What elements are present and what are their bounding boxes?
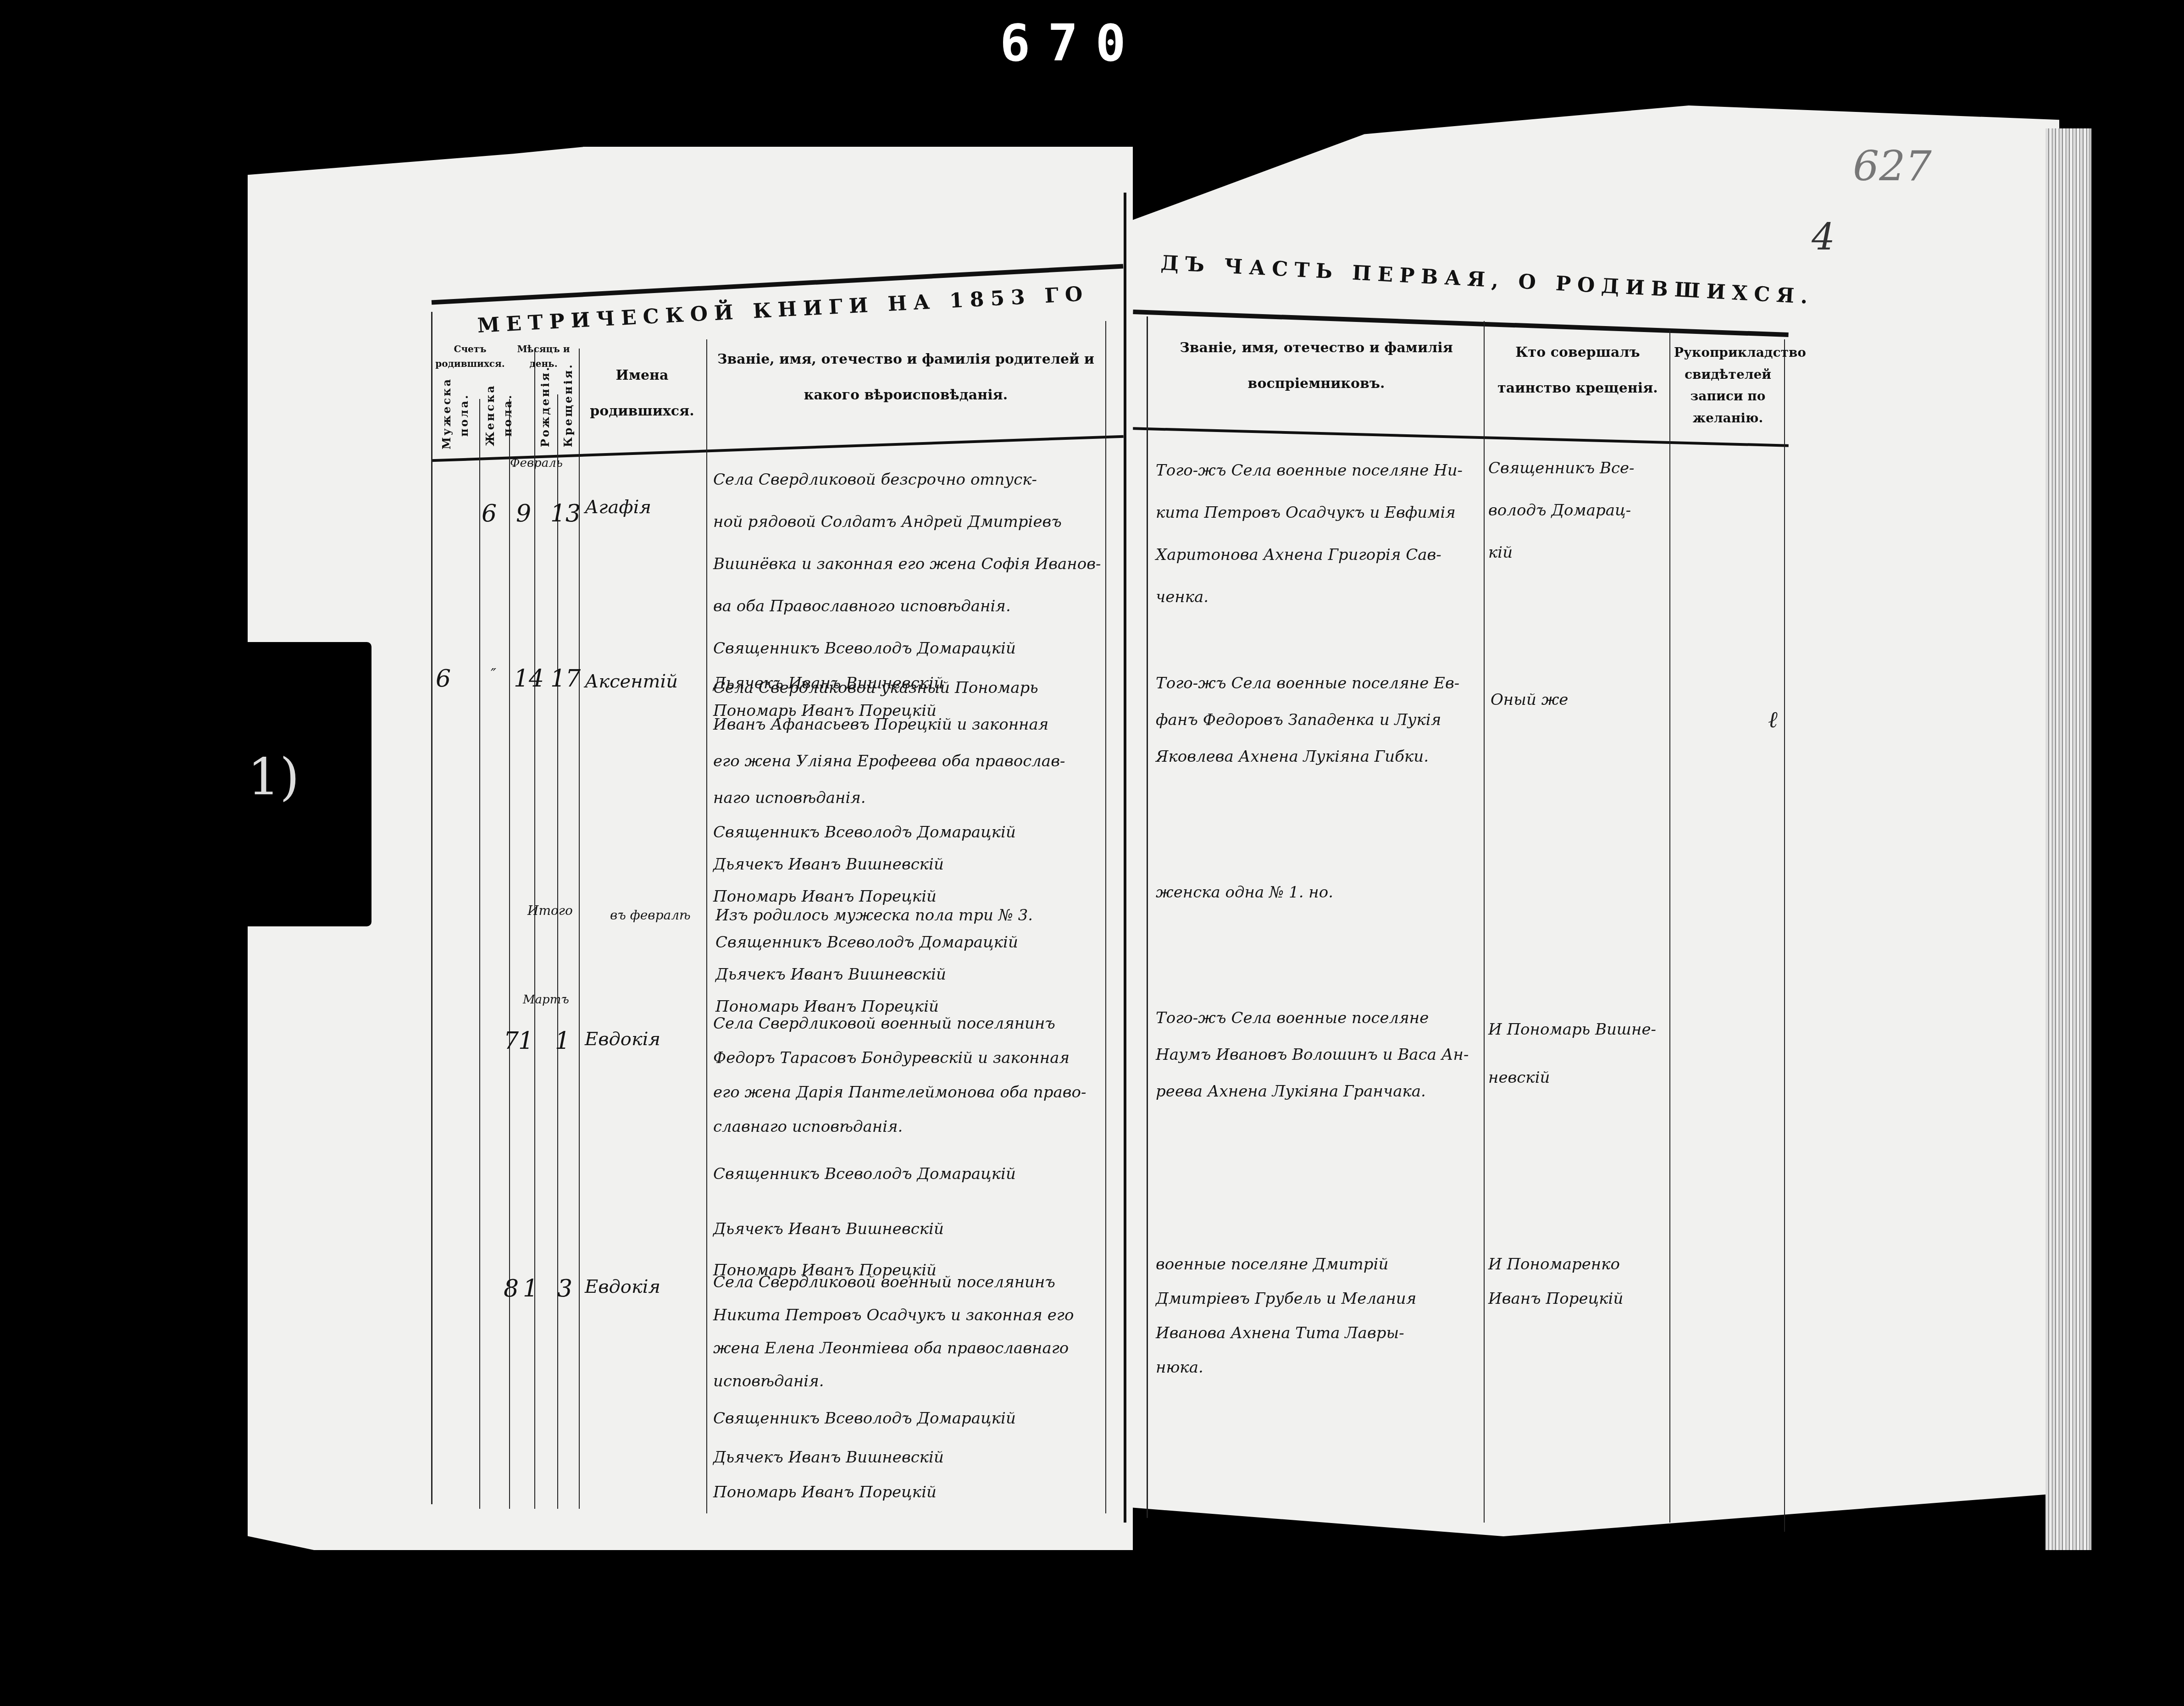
text-line: Никита Петровъ Осадчукъ и законная его [713, 1299, 1074, 1332]
male-count: 6 [436, 665, 451, 692]
text-line: невскій [1488, 1059, 1656, 1096]
text-line: Дьячекъ Иванъ Вишневскій [713, 1204, 1086, 1254]
text-line: наго исповѣданія. [713, 780, 1065, 816]
male-count: 7 [504, 1027, 519, 1055]
baptism-day: 13 [550, 500, 581, 527]
month: Мартъ [523, 991, 569, 1009]
text-line: Священникъ Всеволодъ Домарацкій [713, 1144, 1086, 1204]
birth-day: 1 [523, 1275, 538, 1302]
column-line [431, 312, 432, 1504]
text-line: жена Елена Леонтіева оба православнаго [713, 1332, 1074, 1365]
column-line [557, 394, 558, 1509]
godparents-text: военные поселяне Дмитрій Дмитріевъ Грубе… [1156, 1247, 1416, 1385]
text-line: кита Петровъ Осадчукъ и Евфимія [1156, 492, 1463, 534]
header-count-born: Счетъ родившихся. [433, 342, 507, 371]
column-line [706, 339, 707, 1513]
header-birth: Рожденія. [537, 374, 554, 447]
text-line: ченка. [1156, 576, 1463, 618]
text-line: И Пономаренко [1488, 1247, 1623, 1282]
text-line: Священникъ Всеволодъ Домарацкій [713, 816, 1065, 848]
ditto-mark: ″ [491, 665, 496, 682]
text-line: Того-жъ Села военные поселяне [1156, 1000, 1469, 1036]
column-line [509, 399, 510, 1509]
child-name: Агафія [585, 486, 651, 528]
column-line [1784, 339, 1785, 1532]
text-line: Федоръ Тарасовъ Бондуревскій и законная [713, 1041, 1086, 1075]
column-line [479, 399, 480, 1509]
godparents-text: Того-жъ Села военные поселяне Ни- кита П… [1156, 449, 1463, 618]
child-name: Аксентій [585, 660, 678, 703]
header-performed-by: Кто совершалъ таинство крещенія. [1488, 335, 1667, 406]
text-line: ной рядовой Солдатъ Андрей Дмитріевъ [713, 501, 1101, 543]
summary-text-right: женска одна № 1. но. [1156, 871, 1333, 914]
column-line [1147, 316, 1148, 1518]
text-line: Иванъ Афанасьевъ Порецкій и законная [713, 706, 1065, 743]
text-line: его жена Уліяна Ерофеева оба православ- [713, 743, 1065, 780]
margin-mark: ℓ [1768, 706, 1778, 733]
birth-day: 1 [518, 1027, 533, 1055]
text-line: ва оба Православного исповѣданія. [713, 585, 1101, 627]
baptism-day: 3 [557, 1275, 572, 1302]
text-line: И Пономарь Вишне- [1488, 1000, 1656, 1059]
text-line: Села Свердликовой военный поселянинъ [713, 1007, 1086, 1041]
header-parents: Званіе, имя, отечество и фамилія родител… [711, 342, 1101, 413]
female-count: 8 [504, 1275, 519, 1302]
text-line: славнаго исповѣданія. [713, 1110, 1086, 1144]
text-line: его жена Дарія Пантелеймонова оба право- [713, 1075, 1086, 1110]
godparents-text: Того-жъ Села военные поселяне Ев- фанъ Ф… [1156, 665, 1459, 775]
text-line: нюка. [1156, 1351, 1416, 1385]
female-count: 6 [482, 500, 497, 527]
text-line: Пономарь Иванъ Порецкій [713, 1476, 1074, 1509]
text-line: Села Свердликовой безсрочно отпуск- [713, 459, 1101, 501]
child-name: Евдокія [585, 1018, 660, 1060]
performed-by-text: Священникъ Все- володъ Домарац- кій [1488, 447, 1635, 574]
godparents-text: Того-жъ Села военные поселяне Наумъ Иван… [1156, 1000, 1469, 1110]
header-names: Имена родившихся. [585, 358, 699, 429]
column-line [1669, 330, 1670, 1523]
text-line: Вишнёвка и законная его жена Софія Ивано… [713, 543, 1101, 585]
column-line [1105, 321, 1106, 1513]
text-line: Священникъ Всеволодъ Домарацкій [715, 926, 1018, 958]
text-line: Священникъ Всеволодъ Домарацкій [713, 627, 1101, 670]
margin-mark: 4 [1812, 216, 1835, 258]
text-line: Иванова Ахнена Тита Лавры- [1156, 1316, 1416, 1351]
text-line: Того-жъ Села военные поселяне Ев- [1156, 665, 1459, 702]
header-male: Мужеска пола. [438, 381, 473, 449]
birth-day: 9 [516, 500, 531, 527]
text-line: военные поселяне Дмитрій [1156, 1247, 1416, 1282]
parents-text: Села Свердликовой военный поселянинъ Фед… [713, 1007, 1086, 1286]
text-line: Села Свердликовой военный поселянинъ [713, 1266, 1074, 1299]
book-spine [1124, 193, 1126, 1523]
header-baptism: Крещенія. [560, 374, 577, 447]
page-edges [2045, 128, 2091, 1550]
text-line: володъ Домарац- [1488, 489, 1635, 532]
text-line: Того-жъ Села военные поселяне Ни- [1156, 449, 1463, 492]
text-line: Дьячекъ Иванъ Вишневскій [715, 958, 1018, 991]
tab-mark-icon: 1) [248, 748, 299, 806]
parents-text: Села Свердликовой указный Пономарь Иванъ… [713, 670, 1065, 913]
text-line: кій [1488, 532, 1635, 574]
baptism-day: 17 [550, 665, 581, 692]
header-female: Женска пола. [482, 381, 517, 449]
text-line: Яковлева Ахнена Лукіяна Гибки. [1156, 738, 1459, 775]
text-line: Дмитріевъ Грубель и Мелания [1156, 1282, 1416, 1316]
text-line: исповѣданія. [713, 1365, 1074, 1398]
performed-by-text: Оный же [1491, 679, 1568, 721]
text-line: реева Ахнена Лукіяна Гранчака. [1156, 1073, 1469, 1110]
text-line: Дьячекъ Иванъ Вишневскій [713, 1439, 1074, 1476]
child-name: Евдокія [585, 1266, 660, 1308]
text-line: Харитонова Ахнена Григорія Сав- [1156, 534, 1463, 576]
frame-number: 670 [1000, 14, 1143, 72]
parents-text: Села Свердликовой военный поселянинъ Ник… [713, 1266, 1074, 1509]
text-line: Иванъ Порецкій [1488, 1282, 1623, 1316]
performed-by-text: И Пономарь Вишне- невскій [1488, 1000, 1656, 1096]
text-line: Наумъ Ивановъ Волошинъ и Васа Ан- [1156, 1036, 1469, 1073]
page-number-stamp: 627 [1853, 142, 1932, 190]
summary-month: въ февралѣ [610, 894, 691, 936]
text-line: Священникъ Всеволодъ Домарацкій [713, 1398, 1074, 1439]
text-line: фанъ Федоровъ Западенка и Лукія [1156, 702, 1459, 738]
performed-by-text: И Пономаренко Иванъ Порецкій [1488, 1247, 1623, 1316]
text-line: Дьячекъ Иванъ Вишневскій [713, 848, 1065, 881]
text-line: Села Свердликовой указный Пономарь [713, 670, 1065, 706]
summary-label: Итого [527, 890, 573, 932]
month: Февраль [510, 454, 563, 472]
column-line [1484, 321, 1485, 1523]
text-line: Священникъ Все- [1488, 447, 1635, 489]
header-godparents: Званіе, имя, отечество и фамилія воспріе… [1151, 330, 1481, 402]
baptism-day: 1 [555, 1027, 570, 1055]
header-signatures: Рукоприкладство свидѣтелей записи по жел… [1674, 342, 1782, 429]
birth-day: 14 [514, 665, 544, 692]
